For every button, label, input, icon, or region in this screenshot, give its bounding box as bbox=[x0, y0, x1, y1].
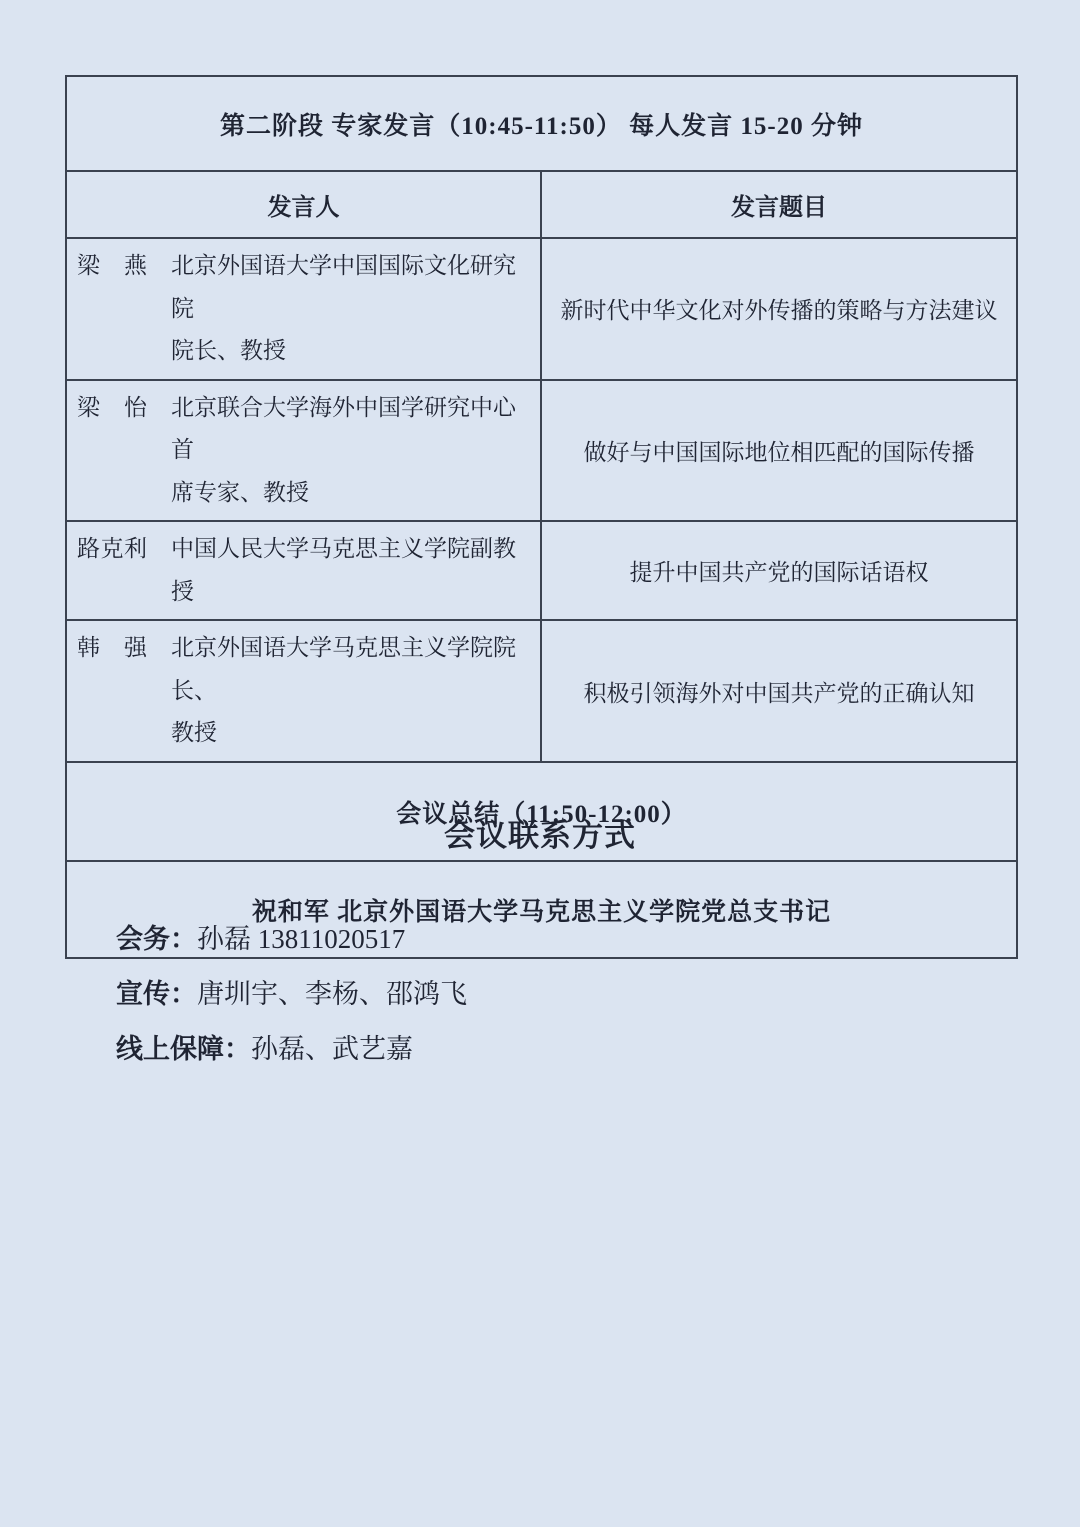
column-header-speaker: 发言人 bbox=[66, 171, 541, 238]
contact-label: 宣传： bbox=[116, 979, 197, 1009]
speaker-row: 梁怡 北京联合大学海外中国学研究中心首 席专家、教授 做好与中国国际地位相匹配的… bbox=[66, 380, 1017, 522]
speaker-row: 韩强 北京外国语大学马克思主义学院院长、 教授 积极引领海外对中国共产党的正确认… bbox=[66, 620, 1017, 762]
table-title-row: 第二阶段 专家发言（10:45-11:50） 每人发言 15-20 分钟 bbox=[66, 76, 1017, 171]
contact-value: 孙磊 13811020517 bbox=[197, 924, 405, 954]
speaker-cell: 路克利 中国人民大学马克思主义学院副教授 bbox=[66, 521, 541, 620]
speaker-cell: 韩强 北京外国语大学马克思主义学院院长、 教授 bbox=[66, 620, 541, 762]
contact-value: 唐圳宇、李杨、邵鸿飞 bbox=[197, 979, 467, 1009]
speaker-row: 路克利 中国人民大学马克思主义学院副教授 提升中国共产党的国际话语权 bbox=[66, 521, 1017, 620]
conference-agenda-page: { "page": { "background_color": "#dbe4f1… bbox=[0, 0, 1080, 1527]
speaker-affiliation: 北京联合大学海外中国学研究中心首 席专家、教授 bbox=[171, 387, 534, 515]
speaker-affiliation: 中国人民大学马克思主义学院副教授 bbox=[171, 528, 534, 613]
contact-label: 线上保障： bbox=[116, 1034, 251, 1064]
speaker-affiliation: 北京外国语大学中国国际文化研究院 院长、教授 bbox=[171, 245, 534, 373]
contact-item: 会务：孙磊 13811020517 bbox=[116, 922, 467, 956]
topic-cell: 提升中国共产党的国际话语权 bbox=[541, 521, 1017, 620]
contact-list: 会务：孙磊 13811020517 宣传：唐圳宇、李杨、邵鸿飞 线上保障：孙磊、… bbox=[116, 922, 467, 1087]
speaker-cell: 梁怡 北京联合大学海外中国学研究中心首 席专家、教授 bbox=[66, 380, 541, 522]
speaker-row: 梁燕 北京外国语大学中国国际文化研究院 院长、教授 新时代中华文化对外传播的策略… bbox=[66, 238, 1017, 380]
speaker-affiliation: 北京外国语大学马克思主义学院院长、 教授 bbox=[171, 627, 534, 755]
topic-cell: 积极引领海外对中国共产党的正确认知 bbox=[541, 620, 1017, 762]
contact-item: 宣传：唐圳宇、李杨、邵鸿飞 bbox=[116, 977, 467, 1011]
table-title: 第二阶段 专家发言（10:45-11:50） 每人发言 15-20 分钟 bbox=[66, 76, 1017, 171]
contact-section-title: 会议联系方式 bbox=[0, 810, 1080, 855]
topic-cell: 做好与中国国际地位相匹配的国际传播 bbox=[541, 380, 1017, 522]
topic-cell: 新时代中华文化对外传播的策略与方法建议 bbox=[541, 238, 1017, 380]
speaker-name: 梁燕 bbox=[77, 245, 147, 288]
column-header-topic: 发言题目 bbox=[541, 171, 1017, 238]
contact-value: 孙磊、武艺嘉 bbox=[251, 1034, 413, 1064]
contact-item: 线上保障：孙磊、武艺嘉 bbox=[116, 1032, 467, 1066]
speaker-name: 路克利 bbox=[77, 528, 147, 571]
speaker-name: 梁怡 bbox=[77, 387, 147, 430]
contact-label: 会务： bbox=[116, 924, 197, 954]
column-header-row: 发言人 发言题目 bbox=[66, 171, 1017, 238]
speaker-cell: 梁燕 北京外国语大学中国国际文化研究院 院长、教授 bbox=[66, 238, 541, 380]
speaker-name: 韩强 bbox=[77, 627, 147, 670]
